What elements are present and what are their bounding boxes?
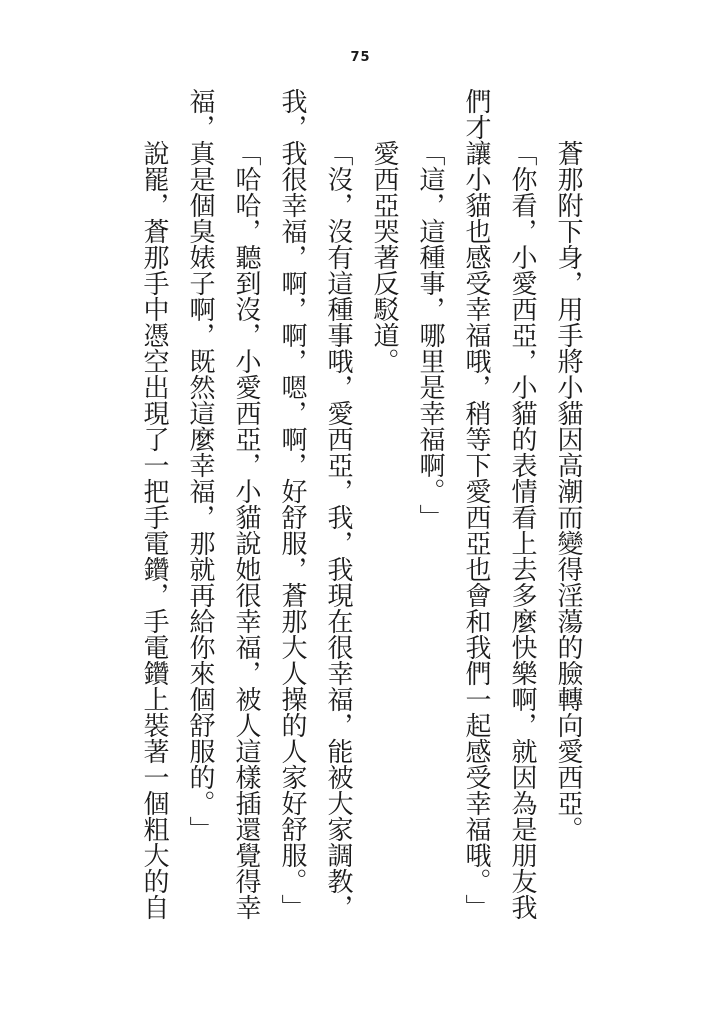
page-number: 75 bbox=[0, 50, 721, 65]
paragraph-dialogue-1: 「你看，小愛西亞，小貓的表情看上去多麼快樂啊，就因為是朋友我們才讓小貓也感受幸福… bbox=[453, 88, 545, 928]
paragraph-dialogue-3: 「沒，沒有這種事哦，愛西亞，我，我現在很幸福，能被大家調教，我，我很幸福，啊，啊… bbox=[269, 88, 361, 928]
paragraph-narration-1: 蒼那附下身，用手將小貓因高潮而變得淫蕩的臉轉向愛西亞。 bbox=[545, 88, 591, 928]
paragraph-narration-2: 愛西亞哭著反駁道。 bbox=[361, 88, 407, 928]
paragraph-dialogue-2: 「這，這種事，哪里是幸福啊。」 bbox=[407, 88, 453, 928]
book-page: 75 蒼那附下身，用手將小貓因高潮而變得淫蕩的臉轉向愛西亞。 「你看，小愛西亞，… bbox=[0, 0, 721, 1020]
paragraph-narration-3: 說罷，蒼那手中憑空出現了一把手電鑽，手電鑽上裝著一個粗大的自 bbox=[131, 88, 177, 928]
paragraph-dialogue-4: 「哈哈，聽到沒，小愛西亞，小貓說她很幸福，被人這樣插還覺得幸福，真是個臭婊子啊，… bbox=[177, 88, 269, 928]
vertical-text-block: 蒼那附下身，用手將小貓因高潮而變得淫蕩的臉轉向愛西亞。 「你看，小愛西亞，小貓的… bbox=[129, 88, 591, 928]
